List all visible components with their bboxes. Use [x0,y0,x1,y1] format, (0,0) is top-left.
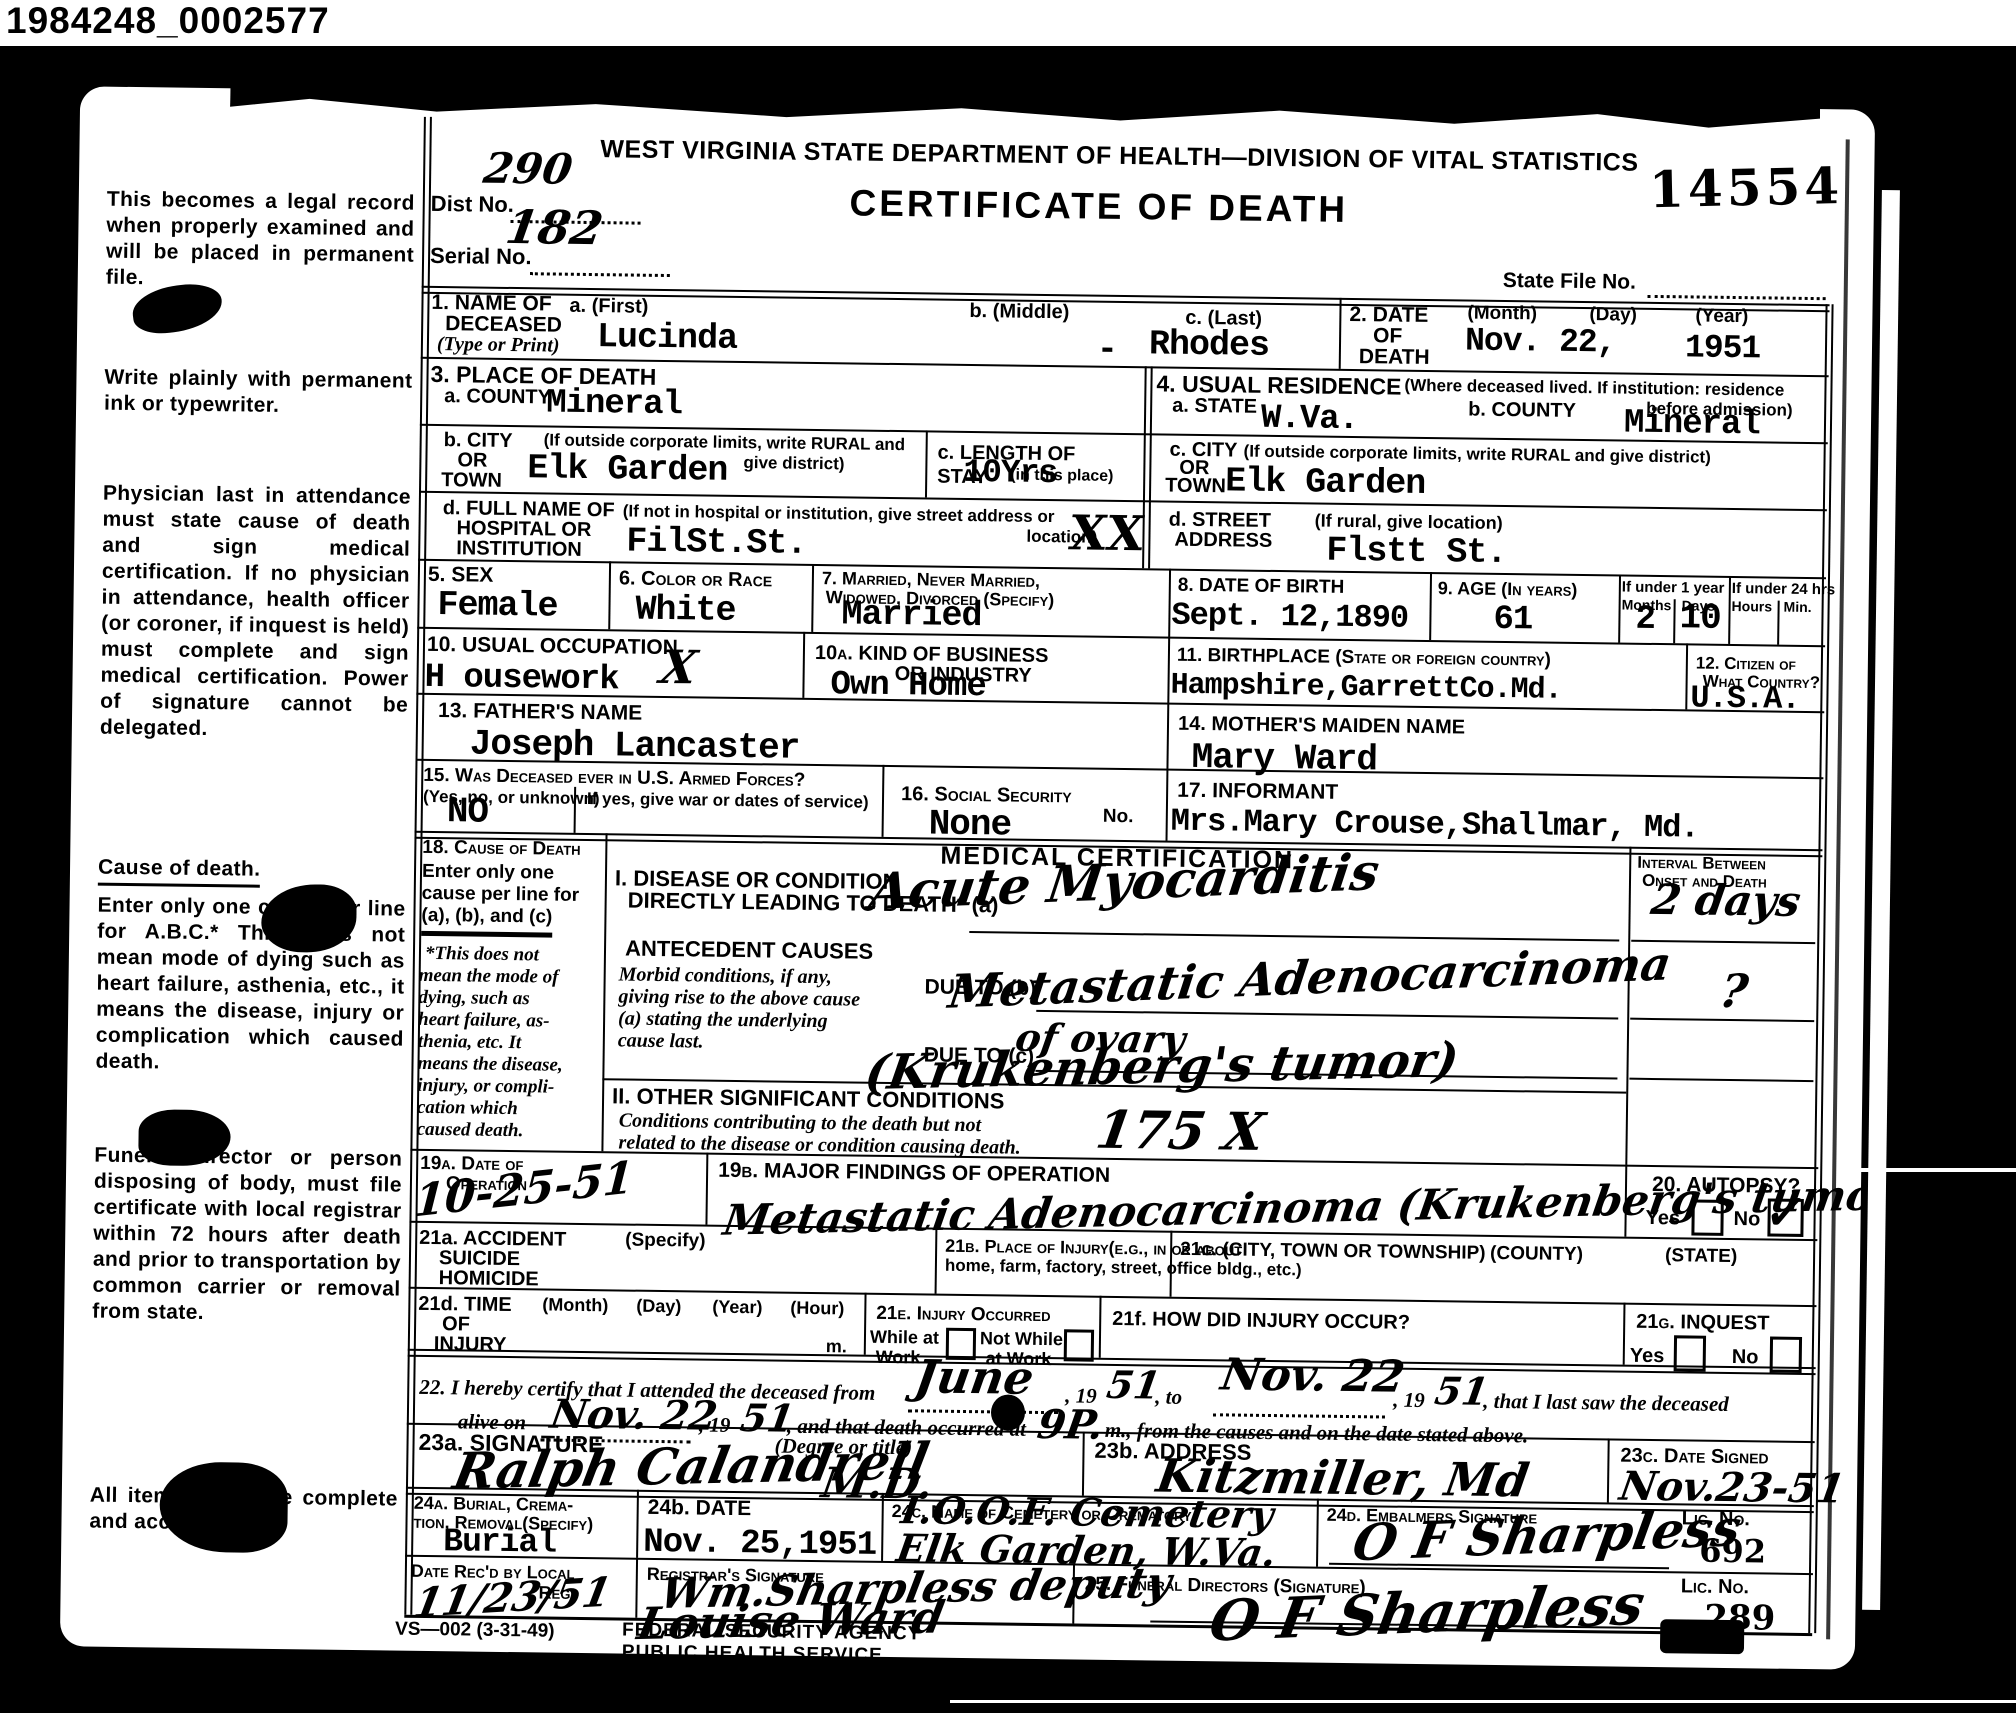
grid-line [1623,1303,1626,1365]
certify-to-value: Nov. 22 [1218,1349,1408,1402]
autopsy-yes-label: Yes [1645,1207,1680,1230]
first-name-label: a. (First) [569,295,648,319]
residence-city-label-3: TOWN [1165,475,1226,499]
grid-line [636,1490,639,1558]
injury-m-label: m. [826,1336,847,1357]
scan-edge-artifact [230,84,1820,135]
grid-line [1625,847,1631,1165]
grid-line [935,1228,938,1294]
date-of-death-label-3: DEATH [1359,345,1430,370]
birthplace-value: Hampshire,GarrettCo.Md. [1170,669,1561,708]
armed-forces-note-2: If yes, give war or dates of service) [587,789,869,813]
street-address-label-2: ADDRESS [1174,529,1272,553]
grid-line [925,430,928,497]
last-name-value: Rhodes [1149,324,1270,366]
mother-name-value: Mary Ward [1191,737,1377,780]
margin-note-physician: Physician last in attendance must state … [100,481,411,745]
grid-line [1099,1296,1102,1358]
cause-note-1: *This does not [425,943,539,966]
certify-text-3: , to [1155,1385,1182,1410]
residence-state-value: W.Va. [1261,400,1359,439]
dotted-line [1648,295,1826,300]
certify-text-4: , 19 [1393,1388,1425,1413]
dotted-line [908,1409,1058,1414]
hours-label: Hours [1732,598,1773,615]
cause-b-value: Metastatic Adenocarcinoma [945,936,1674,1019]
ssn-no-label: No. [1103,806,1134,828]
cause-note-7: injury, or compli- [417,1075,554,1099]
residence-city-value: Elk Garden [1225,461,1426,504]
not-while-at-work-checkbox[interactable] [1064,1329,1094,1361]
burial-date-value: Nov. 25,1951 [643,1524,876,1565]
agency-label-2: PUBLIC HEALTH SERVICE [622,1642,883,1667]
mother-name-label: 14. MOTHER'S MAIDEN NAME [1178,713,1465,740]
first-name-value: Lucinda [597,317,738,359]
grid-line [864,1293,867,1355]
interval-b-value: ? [1716,964,1751,1018]
while-at-label: While at [870,1327,939,1349]
work-label: Work [876,1347,921,1369]
grid-line [1607,1438,1610,1502]
hospital-xx-mark: XX [1065,505,1148,562]
hospital-label-3: INSTITUTION [456,537,582,562]
hospital-value: FilSt.St. [626,522,807,564]
burial-value: Burial [443,1523,556,1561]
state-file-number-stamp: 14554 [1648,156,1843,219]
margin-heading-cause-of-death: Cause of death. [98,855,261,888]
grid-line [635,1558,638,1618]
grid-line [1316,1499,1319,1567]
place-city-label-3: TOWN [441,469,502,493]
days-value: 10 [1679,597,1721,639]
residence-state-label: a. STATE [1172,395,1257,419]
ssn-value: None [928,803,1011,845]
other-conditions-note-2: related to the disease or condition caus… [618,1131,1021,1159]
time-of-injury-label-3: INJURY [434,1333,507,1357]
injury-occurred-label: 21e. Injury Occurred [876,1303,1051,1327]
place-city-note-2: give district) [743,453,844,474]
margin-note-one-cause: Enter only one cause per line for A.B.C.… [95,893,405,1079]
burial-date-label: 24b. DATE [648,1496,752,1521]
other-conditions-value: 175 X [1092,1100,1268,1163]
residence-county-label: b. COUNTY [1468,399,1576,423]
inquest-no-checkbox[interactable] [1770,1337,1802,1373]
sex-label: 5. SEX [428,563,494,588]
occupation-label: 10. USUAL OCCUPATION [427,633,678,660]
dotted-line [1213,1413,1385,1418]
injury-state-label: (STATE) [1665,1245,1737,1268]
cause-note-4: heart failure, as- [418,1009,550,1033]
cause-instr-1: Enter only one [422,861,554,885]
grid-line [409,1287,1817,1307]
interval-line-3 [1629,1078,1813,1082]
place-county-value: Mineral [546,384,682,424]
grid-line [1166,769,1169,841]
grid-line [1673,599,1676,643]
certify-text-5: , that I last saw the deceased [1483,1389,1729,1417]
injury-hour-label: (Hour) [790,1298,844,1320]
entry-line-a [969,931,1619,942]
business-value: Own Home [830,666,986,706]
age-label: 9. AGE (In years) [1438,578,1578,601]
grid-line [1166,703,1169,769]
funeral-lic-label: Lic. No. [1681,1575,1750,1599]
department-heading: WEST VIRGINIA STATE DEPARTMENT OF HEALTH… [499,134,1739,179]
father-name-label: 13. FATHER'S NAME [438,699,642,726]
scan-artifact-line [1858,1168,2016,1172]
inquest-label: 21g. INQUEST [1636,1311,1769,1336]
race-label: 6. Color or Race [619,567,773,592]
citizen-value: U.S.A. [1690,679,1800,717]
not-while-label: Not While [980,1328,1063,1350]
marital-value: Married [841,594,982,636]
cause-note-3: dying, such as [418,987,530,1010]
autopsy-yes-checkbox[interactable] [1691,1200,1723,1236]
accident-label-3: HOMICIDE [439,1267,539,1291]
cause-note-8: cation which [417,1097,518,1120]
how-did-injury-occur-label: 21f. HOW DID INJURY OCCUR? [1112,1308,1410,1335]
under-1-year-label: If under 1 year [1622,579,1725,597]
place-county-label: a. COUNTY [444,385,551,409]
injury-year-label: (Year) [712,1297,762,1319]
antecedent-label: ANTECEDENT CAUSES [625,936,873,965]
inquest-yes-label: Yes [1630,1345,1665,1368]
race-value: White [635,590,736,631]
middle-name-label: b. (Middle) [969,300,1069,324]
cause-instr-3: (a), (b), and (c) [421,905,552,938]
grid-line [601,833,607,1151]
injury-day-label: (Day) [636,1296,681,1318]
scan-artifact-line [950,1700,2016,1703]
grid-line [811,564,814,632]
informant-value: Mrs.Mary Crouse,Shallmar, Md. [1171,803,1699,847]
certificate-title: CERTIFICATE OF DEATH [559,179,1639,235]
inquest-no-label: No [1732,1346,1759,1369]
margin-note-funeral-director: Funeral director or person disposing of … [92,1143,402,1329]
grid-line [705,1153,708,1225]
inquest-yes-checkbox[interactable] [1674,1335,1706,1371]
scan-header-strip: 1984248_0002577 [0,0,2016,46]
min-label: Min. [1784,599,1812,615]
grid-line [1777,601,1780,645]
margin-note-write-plainly: Write plainly with permanent ink or type… [104,365,413,421]
degree-or-title-label: (Degree or title) [774,1434,912,1461]
occupation-x-mark: X [657,640,701,694]
cause-note-5: thenia, etc. It [418,1031,522,1054]
grid-line [608,561,611,629]
street-address-value: Flstt St. [1326,531,1507,573]
dob-label: 8. DATE OF BIRTH [1178,575,1345,599]
father-name-value: Joseph Lancaster [469,723,799,768]
under-24-hrs-label: If under 24 hrs [1732,580,1836,598]
middle-name-value: - [1097,330,1118,370]
months-value: 2 [1635,601,1655,639]
margin-note-legal-record: This becomes a legal record when properl… [106,187,415,295]
grid-line [1082,1432,1085,1496]
grid-line [881,1493,884,1561]
scan-id-label: 1984248_0002577 [6,0,330,42]
year-label: (Year) [1695,305,1748,328]
autopsy-no-label: No [1733,1208,1760,1231]
armed-forces-value: NO [447,791,489,833]
serial-no-label: Serial No. [430,243,532,270]
morbid-note-4: cause last. [618,1029,704,1053]
grid-line [1429,572,1432,640]
certify-text-7: , 19 [699,1413,731,1438]
interval-a-value: 2 days [1648,875,1804,926]
interval-line-2 [1630,1018,1814,1022]
date-of-death-year-value: 1951 [1685,329,1761,367]
grid-line [802,632,805,698]
certify-from-value: June [911,1349,1037,1404]
occupation-value: H ousework [424,659,619,700]
grid-line [1339,298,1342,369]
certificate-paper: This becomes a legal record when properl… [60,86,1875,1669]
length-of-stay-value: 10Yrs [963,454,1058,492]
ink-blob [159,1461,288,1553]
name-label-3: (Type or Print) [437,333,560,358]
state-file-no-label: State File No. [1503,269,1636,295]
sex-value: Female [437,585,558,627]
age-value: 61 [1493,601,1532,640]
form-number-label: VS—002 (3-31-49) [395,1619,555,1643]
dotted-line [530,272,670,277]
grid-line [1685,643,1688,709]
injury-city-label: 21c. (CITY, TOWN OR TOWNSHIP) [1180,1239,1486,1265]
cause-note-6: means the disease, [417,1053,562,1077]
cause-instr-2: cause per line for [422,883,580,907]
major-findings-label: 19b. MAJOR FINDINGS OF OPERATION [718,1159,1110,1188]
injury-county-label: (COUNTY) [1490,1243,1583,1266]
place-city-value: Elk Garden [527,448,728,491]
dob-value: Sept. 12,1890 [1171,597,1408,637]
birthplace-label: 11. BIRTHPLACE (State or foreign country… [1177,645,1551,672]
accident-specify-label: (Specify) [625,1230,706,1253]
funeral-lic-value: 289 [1704,1598,1776,1639]
cause-of-death-label: 18. Cause of Death [422,837,581,861]
usual-residence-note-1: (Where deceased lived. If institution: r… [1404,376,1784,401]
grid-line [882,765,885,837]
grid-line [1142,366,1153,568]
injury-month-label: (Month) [542,1294,608,1316]
residence-county-value: Mineral [1624,405,1760,445]
dist-no-label: Dist No. [431,191,514,218]
cause-note-9: caused death. [417,1119,524,1142]
date-of-death-value: Nov. 22, [1465,322,1616,361]
informant-label: 17. INFORMANT [1177,779,1338,805]
autopsy-no-checkmark: ✓ [1761,1185,1810,1241]
cause-note-2: mean the mode of [419,965,559,989]
